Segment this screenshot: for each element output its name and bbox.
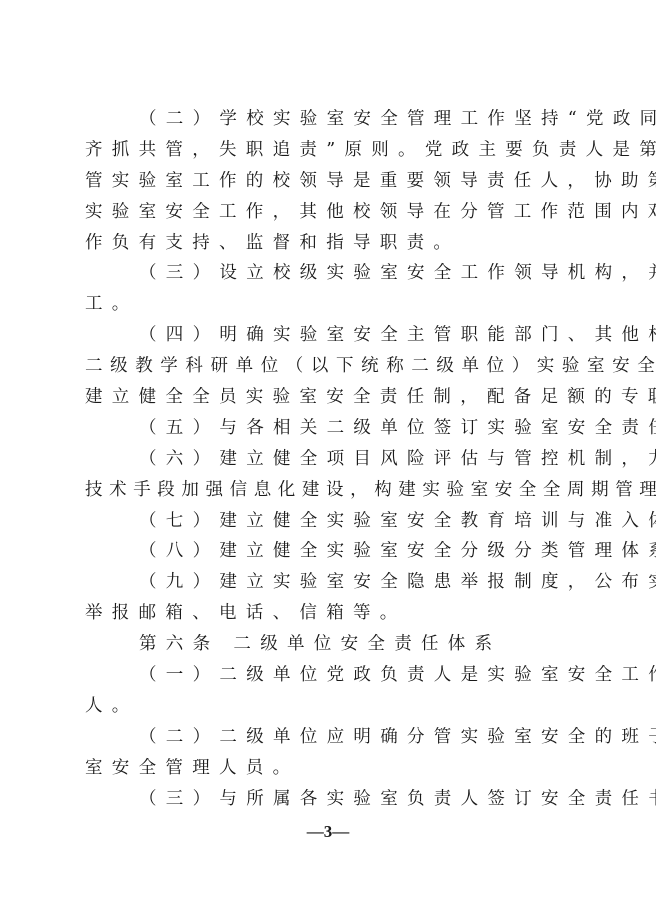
text-line: 实验室安全工作，其他校领导在分管工作范围内对实验室安全工	[85, 197, 573, 228]
article-heading: 第六条二级单位安全责任体系	[85, 629, 573, 660]
text-line: （四）明确实验室安全主管职能部门、其他相关职能部门和	[85, 320, 573, 351]
paragraph-item-5: （五）与各相关二级单位签订实验室安全责任书。	[85, 413, 573, 444]
paragraph-item-6: （六）建立健全项目风险评估与管控机制，尤其要依托现代 技术手段加强信息化建设，构…	[85, 444, 573, 506]
text-line: （三）设立校级实验室安全工作领导机构，并明确人员和分	[85, 258, 573, 289]
text-line: （二）二级单位应明确分管实验室安全的班子成员和各实验	[85, 722, 573, 753]
text-line: （八）建立健全实验室安全分级分类管理体系。	[85, 536, 573, 567]
paragraph-item-7: （七）建立健全实验室安全教育培训与准入体系。	[85, 506, 573, 537]
text-line: （一）二级单位党政负责人是实验室安全工作主要领导责任	[85, 660, 573, 691]
paragraph-item-8: （八）建立健全实验室安全分级分类管理体系。	[85, 536, 573, 567]
text-line: 室安全管理人员。	[85, 753, 573, 784]
text-line: （三）与所属各实验室负责人签订安全责任书。	[85, 784, 573, 815]
text-line: 作负有支持、监督和指导职责。	[85, 228, 573, 259]
text-line: （九）建立实验室安全隐患举报制度，公布实验室安全隐患	[85, 567, 573, 598]
article-label: 第六条	[139, 634, 219, 654]
text-line: （六）建立健全项目风险评估与管控机制，尤其要依托现代	[85, 444, 573, 475]
text-line: 建立健全全员实验室安全责任制，配备足额的专职安全人员。	[85, 382, 573, 413]
paragraph-item-2: （二）学校实验室安全管理工作坚持“党政同责，一岗双责， 齐抓共管，失职追责”原则…	[85, 104, 573, 258]
paragraph-item-9: （九）建立实验室安全隐患举报制度，公布实验室安全隐患 举报邮箱、电话、信箱等。	[85, 567, 573, 629]
paragraph-item-6-2: （二）二级单位应明确分管实验室安全的班子成员和各实验 室安全管理人员。	[85, 722, 573, 784]
paragraph-item-4: （四）明确实验室安全主管职能部门、其他相关职能部门和 二级教学科研单位（以下统称…	[85, 320, 573, 413]
article-title: 二级单位安全责任体系	[233, 634, 501, 654]
document-body: （二）学校实验室安全管理工作坚持“党政同责，一岗双责， 齐抓共管，失职追责”原则…	[85, 104, 573, 814]
text-line: 管实验室工作的校领导是重要领导责任人，协助第一责任人负责	[85, 166, 573, 197]
text-line: 人。	[85, 691, 573, 722]
text-line: （七）建立健全实验室安全教育培训与准入体系。	[85, 506, 573, 537]
document-page: （二）学校实验室安全管理工作坚持“党政同责，一岗双责， 齐抓共管，失职追责”原则…	[0, 0, 656, 924]
paragraph-item-3: （三）设立校级实验室安全工作领导机构，并明确人员和分 工。	[85, 258, 573, 320]
text-line: 二级教学科研单位（以下统称二级单位）实验室安全管理的职责，	[85, 351, 573, 382]
page-number: —3—	[0, 820, 656, 844]
text-line: 工。	[85, 289, 573, 320]
paragraph-item-6-3: （三）与所属各实验室负责人签订安全责任书。	[85, 784, 573, 815]
text-line: （二）学校实验室安全管理工作坚持“党政同责，一岗双责，	[85, 104, 573, 135]
text-line: 举报邮箱、电话、信箱等。	[85, 598, 573, 629]
text-line: 齐抓共管，失职追责”原则。党政主要负责人是第一责任人，分	[85, 135, 573, 166]
text-line: （五）与各相关二级单位签订实验室安全责任书。	[85, 413, 573, 444]
paragraph-item-6-1: （一）二级单位党政负责人是实验室安全工作主要领导责任 人。	[85, 660, 573, 722]
text-line: 技术手段加强信息化建设，构建实验室安全全周期管理工作机制。	[85, 475, 573, 506]
